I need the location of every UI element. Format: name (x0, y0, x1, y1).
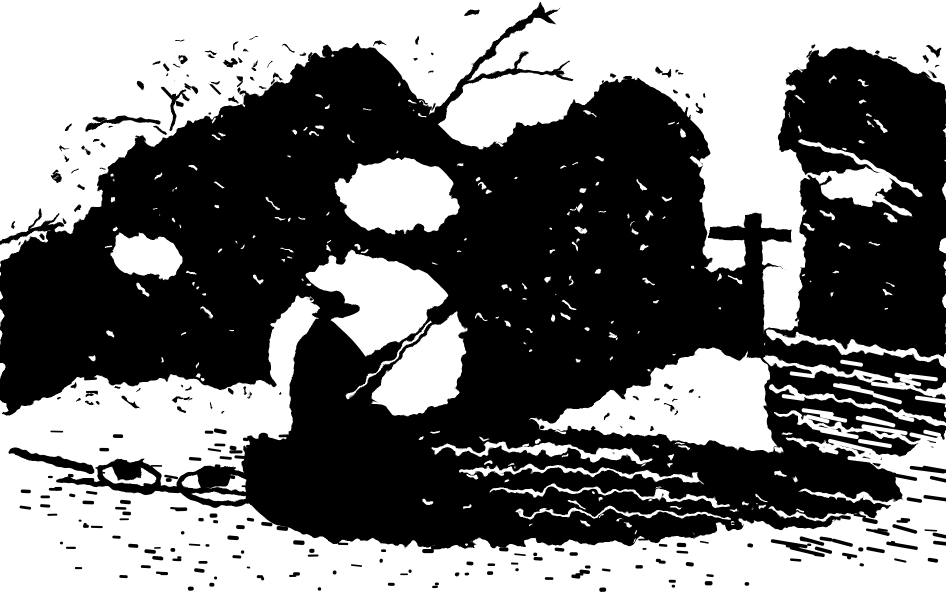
canopy-light-hole (817, 169, 893, 201)
engraving-illustration: Wood engraving: gravedigger beneath tree… (0, 0, 946, 595)
halo-blob (222, 394, 302, 438)
twig-dash (93, 117, 107, 121)
cross-halo-blob (762, 264, 801, 335)
canopy-light-hole (340, 160, 456, 232)
engraving-page: Wood engraving: gravedigger beneath tree… (0, 0, 946, 595)
canopy-light-hole (112, 235, 180, 277)
